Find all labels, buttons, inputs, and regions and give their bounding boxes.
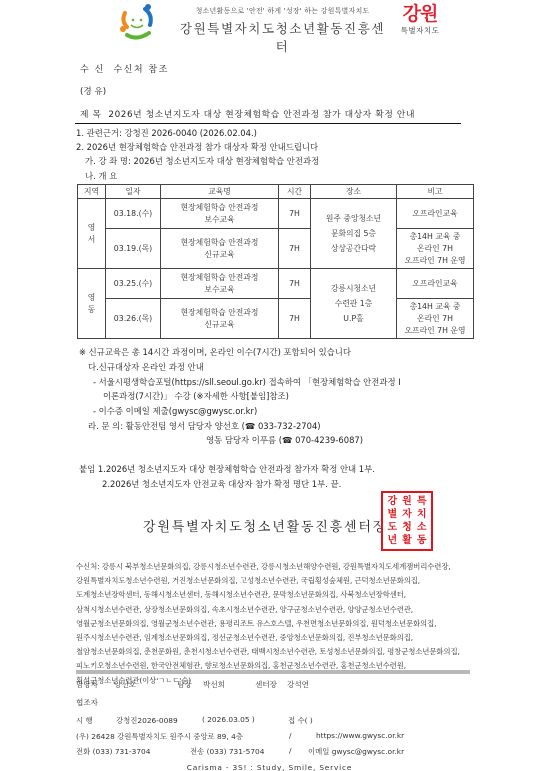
organization-motto: Carisma - 3S! : Study, Smile, Service	[0, 763, 539, 771]
subject-text: 2026년 청소년지도자 대상 현장체험학습 안전과정 참가 대상자 확정 안내	[108, 110, 415, 120]
table-row: 03.26.(목) 현장체험학습 안전과정 신규교육 7H 총14H 교육 중 …	[78, 299, 474, 339]
website-link[interactable]: https://www.gwysc.or.kr	[316, 731, 404, 740]
recipient-line: 수 신 수신처 참조	[80, 62, 169, 75]
course-cell: 현장체험학습 안전과정 신규교육	[161, 229, 279, 269]
header-slogan: 청소년활동으로 '안전' 하게 '성장' 하는 강원특별자치도	[175, 6, 390, 16]
online-course-step-1: - 서울시평생학습포털(https://sll.seoul.go.kr) 접속하…	[93, 376, 401, 388]
date-cell: 03.26.(목)	[106, 299, 161, 339]
table-row: 영 동 03.25.(수) 현장체험학습 안전과정 보수교육 7H 강릉시청소년…	[78, 269, 474, 299]
issuer-signature: 강원특별자치도청소년활동진흥센터장	[143, 516, 387, 535]
hours-cell: 7H	[279, 199, 311, 229]
org-logo-icon	[117, 3, 157, 41]
schedule-table: 지역 일자 교육명 시간 장소 비고 영 서 03.18.(수) 현장체험학습 …	[77, 184, 474, 339]
col-header: 교육명	[161, 185, 279, 199]
hours-cell: 7H	[279, 299, 311, 339]
table-row: 03.19.(목) 현장체험학습 안전과정 신규교육 7H 총14H 교육 중 …	[78, 229, 474, 269]
course-cell: 현장체험학습 안전과정 보수교육	[161, 199, 279, 229]
attachment-2: 2.2026년 청소년지도자 안전교육 대상자 참가 확정 명단 1부. 끝.	[102, 478, 341, 490]
receipt-field: 접 수( )	[288, 715, 313, 726]
body-line-3: 가. 강 좌 명: 2026년 청소년지도자 대상 현장체험학습 안전과정	[85, 155, 319, 167]
separator: /	[289, 731, 292, 740]
date-cell: 03.19.(목)	[106, 229, 161, 269]
recipients-list: 수신처: 강릉시 북부청소년문화의집, 강릉시청소년수련관, 강릉시청소년해양수…	[76, 560, 468, 688]
contact-line-1: 라. 문 의: 활동안전팀 영서 담당자 양선호 (☎ 033-732-2704…	[88, 420, 321, 432]
online-course-step-1-cont: 이론과정(7시간)」 수강 (※자세한 사항[붙임]참조)	[103, 390, 289, 402]
body-line-1: 1. 관련근거: 강청진 2026-0040 (2026.02.04.)	[76, 127, 257, 139]
region-cell: 영 서	[78, 199, 106, 269]
venue-cell: 강릉시청소년 수련관 1층 U.P홀	[311, 269, 397, 339]
asterisk-note: ※ 신규교육은 총 14시간 과정이며, 온라인 이수(7시간) 포함되어 있습…	[79, 346, 351, 358]
date-cell: 03.18.(수)	[106, 199, 161, 229]
course-cell: 현장체험학습 안전과정 보수교육	[161, 269, 279, 299]
subject-divider	[75, 123, 461, 124]
col-header: 일자	[106, 185, 161, 199]
col-header: 시간	[279, 185, 311, 199]
region-cell: 영 동	[78, 269, 106, 339]
team-lead-name: 박선희	[203, 679, 225, 690]
enforce-date: ( 2026.03.05 )	[202, 715, 255, 724]
enforce-label: 시 행	[76, 715, 93, 726]
date-cell: 03.25.(수)	[106, 269, 161, 299]
gangwon-logo-icon: 강원 특별자치도	[395, 3, 445, 45]
table-header-row: 지역 일자 교육명 시간 장소 비고	[78, 185, 474, 199]
body-line-2: 2. 2026년 현장체험학습 안전과정 참가 대상자 확정 안내드립니다	[76, 141, 318, 153]
email-link[interactable]: 이메일 gwysc@gwysc.or.kr	[308, 746, 404, 757]
contact-line-2: 영동 담당자 이푸름 (☎ 070-4239-6087)	[206, 434, 363, 446]
note-cell: 오프라인교육	[397, 199, 474, 229]
separator: /	[289, 746, 292, 755]
handler-label: 담당자	[76, 679, 98, 690]
online-course-step-2: - 이수증 이메일 제출(gwysc@gwysc.or.kr)	[93, 405, 257, 417]
note-cell: 총14H 교육 중 온라인 7H 오프라인 7H 운영	[397, 229, 474, 269]
hours-cell: 7H	[279, 269, 311, 299]
handler-name: 양선호	[114, 679, 136, 690]
note-cell: 오프라인교육	[397, 269, 474, 299]
footer-divider	[76, 670, 470, 674]
col-header: 장소	[311, 185, 397, 199]
header-org-name: 강원특별자치도청소년활동진흥센터	[175, 19, 390, 55]
official-seal-icon: 강 원 특 별 자 치 도 청 소 년 활 동	[381, 491, 433, 551]
attachment-1: 붙임 1.2026년 청소년지도자 대상 현장체험학습 안전과정 참가자 확정 …	[79, 463, 375, 475]
via-line: (경 유)	[80, 85, 106, 97]
director-name: 강석연	[287, 679, 309, 690]
venue-cell: 원주 중앙청소년 문화의집 5층 상상공간다락	[311, 199, 397, 269]
col-header: 비고	[397, 185, 474, 199]
online-course-title: 다.신규대상자 온라인 과정 안내	[88, 361, 204, 373]
subject-line: 제 목 2026년 청소년지도자 대상 현장체험학습 안전과정 참가 대상자 확…	[80, 107, 415, 120]
enforce-number: 강청진2026-0089	[116, 715, 178, 726]
director-label: 센터장	[255, 679, 277, 690]
letterhead: 청소년활동으로 '안전' 하게 '성장' 하는 강원특별자치도 강원특별자치도청…	[0, 0, 539, 46]
note-cell: 총14H 교육 중 온라인 7H 오프라인 7H 운영	[397, 299, 474, 339]
cooperator-label: 협조자	[76, 697, 98, 708]
fax-number: 전송 (033) 731-5704	[190, 746, 264, 757]
team-lead-label: 팀장	[177, 679, 192, 690]
table-row: 영 서 03.18.(수) 현장체험학습 안전과정 보수교육 7H 원주 중앙청…	[78, 199, 474, 229]
body-line-4: 나. 개 요	[85, 170, 117, 182]
postal-address: (우) 26428 강원특별자치도 원주시 중앙로 89, 4층	[76, 731, 243, 742]
col-header: 지역	[78, 185, 106, 199]
phone-number: 전화 (033) 731-3704	[76, 746, 150, 757]
hours-cell: 7H	[279, 229, 311, 269]
course-cell: 현장체험학습 안전과정 신규교육	[161, 299, 279, 339]
